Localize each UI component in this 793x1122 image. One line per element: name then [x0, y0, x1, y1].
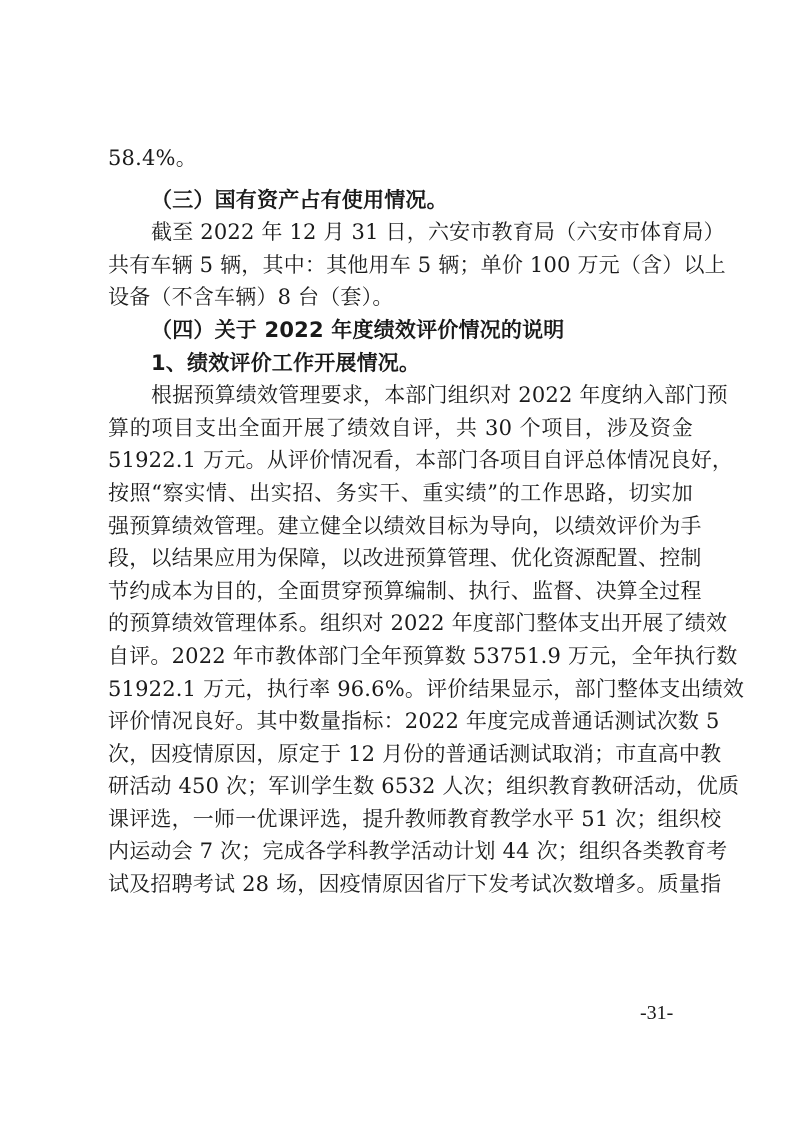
paragraph-line: 截至 2022 年 12 月 31 日，六安市教育局（六安市体育局）: [108, 216, 693, 249]
paragraph-line: 评价情况良好。其中数量指标：2022 年度完成普通话测试次数 5: [108, 705, 693, 738]
paragraph-line: 51922.1 万元，执行率 96.6%。评价结果显示，部门整体支出绩效: [108, 673, 693, 706]
paragraph-line: 研活动 450 次；军训学生数 6532 人次；组织教育教研活动，优质: [108, 770, 693, 803]
paragraph-line: 强预算绩效管理。建立健全以绩效目标为导向，以绩效评价为手: [108, 510, 693, 543]
text-line: 58.4%。: [108, 142, 693, 175]
document-page: 58.4%。 （三）国有资产占有使用情况。 截至 2022 年 12 月 31 …: [108, 142, 693, 901]
paragraph-line: 段，以结果应用为保障，以改进预算管理、优化资源配置、控制: [108, 542, 693, 575]
section-heading-performance: （四）关于 2022 年度绩效评价情况的说明: [108, 314, 693, 347]
paragraph-line: 自评。2022 年市教体部门全年预算数 53751.9 万元，全年执行数: [108, 640, 693, 673]
paragraph-line: 课评选，一师一优课评选，提升教师教育教学水平 51 次；组织校: [108, 803, 693, 836]
paragraph-line: 按照“察实情、出实招、务实干、重实绩”的工作思路，切实加: [108, 477, 693, 510]
paragraph-line: 51922.1 万元。从评价情况看，本部门各项目自评总体情况良好，: [108, 444, 693, 477]
paragraph-line: 设备（不含车辆）8 台（套）。: [108, 281, 693, 314]
section-heading-assets: （三）国有资产占有使用情况。: [108, 184, 693, 217]
paragraph-line: 试及招聘考试 28 场，因疫情原因省厅下发考试次数增多。质量指: [108, 868, 693, 901]
paragraph-line: 算的项目支出全面开展了绩效自评，共 30 个项目，涉及资金: [108, 412, 693, 445]
paragraph-line: 共有车辆 5 辆，其中：其他用车 5 辆；单价 100 万元（含）以上: [108, 249, 693, 282]
paragraph-line: 内运动会 7 次；完成各学科教学活动计划 44 次；组织各类教育考: [108, 835, 693, 868]
page-number: -31-: [640, 1002, 673, 1025]
paragraph-line: 次，因疫情原因，原定于 12 月份的普通话测试取消；市直高中教: [108, 738, 693, 771]
subsection-heading-evaluation: 1、绩效评价工作开展情况。: [108, 347, 693, 380]
paragraph-line: 节约成本为目的，全面贯穿预算编制、执行、监督、决算全过程: [108, 575, 693, 608]
paragraph-line: 根据预算绩效管理要求，本部门组织对 2022 年度纳入部门预: [108, 379, 693, 412]
paragraph-line: 的预算绩效管理体系。组织对 2022 年度部门整体支出开展了绩效: [108, 607, 693, 640]
